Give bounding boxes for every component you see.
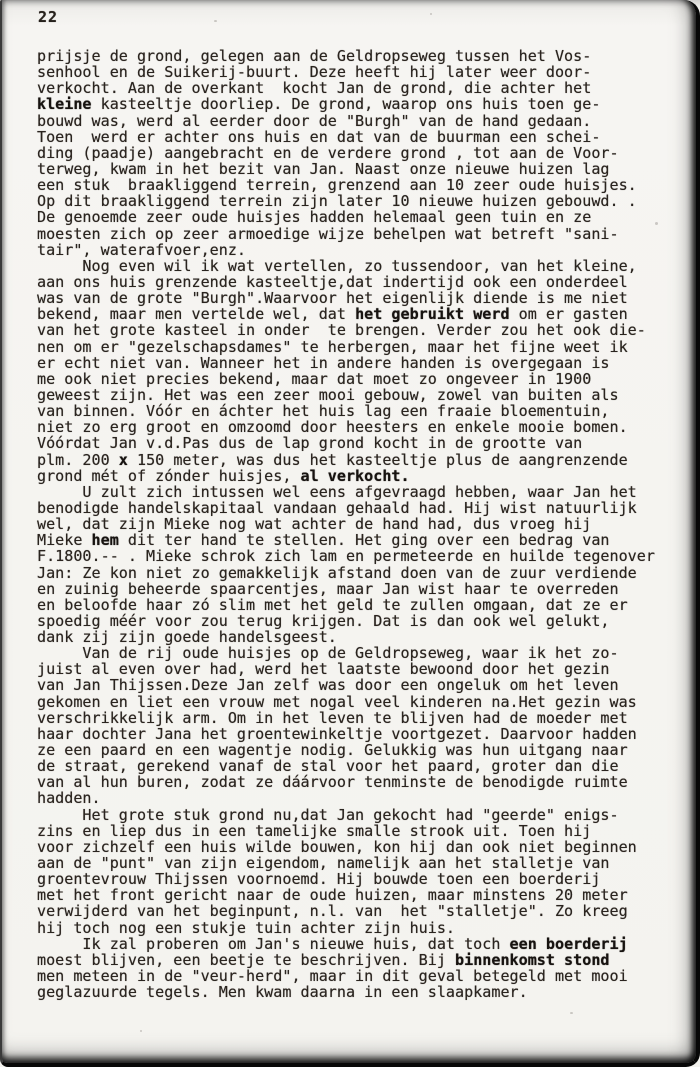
text-line: men meteen in de "veur-herd", maar in di… xyxy=(37,968,655,984)
text-line: De genoemde zeer oude huisjes hadden hel… xyxy=(37,209,655,225)
text-line: Toen werd er achter ons huis en dat van … xyxy=(37,129,655,145)
scan-speck xyxy=(214,20,217,22)
text-line: bouwd was, werd al eerder door de "Burgh… xyxy=(37,113,655,129)
text-line: senhool en de Suikerij-buurt. Deze heeft… xyxy=(37,64,655,80)
text-line: Nog even wil ik wat vertellen, zo tussen… xyxy=(37,258,655,274)
text-line: aan ons huis grenzende kasteeltje,dat in… xyxy=(37,274,655,290)
scan-speck xyxy=(140,1030,142,1032)
text-line: benodigde handelskapitaal vandaan gehaal… xyxy=(37,500,655,516)
text-line: haar dochter Jana het groentewinkeltje v… xyxy=(37,726,655,742)
text-line: Ik zal proberen om Jan's nieuwe huis, da… xyxy=(37,936,655,952)
text-line: verschrikkelijk arm. Om in het leven te … xyxy=(37,710,655,726)
text-line: juist al even over had, werd het laatste… xyxy=(37,661,655,677)
text-line: zins en liep dus in een tamelijke smalle… xyxy=(37,823,655,839)
text-line: prijsje de grond, gelegen aan de Geldrop… xyxy=(37,48,655,64)
text-line: ding (paadje) aangebracht en de verdere … xyxy=(37,145,655,161)
text-line: Het grote stuk grond nu,dat Jan gekocht … xyxy=(37,807,655,823)
text-line: spoedig méér voor zou terug krijgen. Dat… xyxy=(37,613,655,629)
bold-text-segment: al verkocht. xyxy=(301,467,410,485)
text-line: niet zo erg groot en omzoomd door heeste… xyxy=(37,419,655,435)
text-line: Mieke hem dit ter hand te stellen. Het g… xyxy=(37,532,655,548)
text-line: van al hun buren, zodat ze dáárvoor tenm… xyxy=(37,774,655,790)
text-line: gekomen en liet een vrouw met nogal veel… xyxy=(37,694,655,710)
text-line: geglazuurde tegels. Men kwam daarna in e… xyxy=(37,984,655,1000)
text-line: voor zichzelf een huis wilde bouwen, kon… xyxy=(37,839,655,855)
scan-speck xyxy=(570,1012,573,1014)
text-line: er echt niet van. Wanneer het in andere … xyxy=(37,355,655,371)
text-line: en zuinig beheerde spaarcentjes, maar Ja… xyxy=(37,581,655,597)
text-line: Op dit braakliggend terrein zijn later 1… xyxy=(37,193,655,209)
text-line: met het front gericht naar de oude huize… xyxy=(37,887,655,903)
text-line: een stuk braakliggend terrein, grenzend … xyxy=(37,177,655,193)
scan-speck xyxy=(430,13,432,15)
text-line: van Jan Thijssen.Deze Jan zelf was door … xyxy=(37,677,655,693)
page-number: 22 xyxy=(38,8,58,26)
text-line: dank zij zijn goede handelsgeest. xyxy=(37,629,655,645)
text-line: F.1800.-- . Mieke schrok zich lam en per… xyxy=(37,548,655,564)
text-line: nen om er "gezelschapsdames" te herberge… xyxy=(37,339,655,355)
text-line: terweg, kwam in het bezit van Jan. Naast… xyxy=(37,161,655,177)
text-line: moest blijven, een beetje te beschrijven… xyxy=(37,952,655,968)
text-line: bekend, maar men vertelde wel, dat het g… xyxy=(37,306,655,322)
text-line: groentevrouw Thijssen voornoemd. Hij bou… xyxy=(37,871,655,887)
text-line: de straat, gerekend vanaf de stal voor h… xyxy=(37,758,655,774)
text-line: moesten zich op zeer armoedige wijze beh… xyxy=(37,226,655,242)
scan-speck xyxy=(655,222,658,225)
text-line: wel, dat zijn Mieke nog wat achter de ha… xyxy=(37,516,655,532)
text-segment: grond mét of zónder huisjes, xyxy=(37,467,301,485)
bold-text-segment: kleine xyxy=(37,95,92,113)
text-line: hij toch nog een stukje tuin achter zijn… xyxy=(37,920,655,936)
text-line: hadden. xyxy=(37,790,655,806)
text-line: ze een paard en een wagentje nodig. Gelu… xyxy=(37,742,655,758)
text-line: aan de "punt" van zijn eigendom, namelij… xyxy=(37,855,655,871)
text-line: plm. 200 x 150 meter, was dus het kastee… xyxy=(37,452,655,468)
text-line: grond mét of zónder huisjes, al verkocht… xyxy=(37,468,655,484)
text-line: was van de grote "Burgh".Waarvoor het ei… xyxy=(37,290,655,306)
text-line: tair", waterafvoer,enz. xyxy=(37,242,655,258)
text-line: me ook niet precies bekend, maar dat moe… xyxy=(37,371,655,387)
text-line: verkocht. Aan de overkant kocht Jan de g… xyxy=(37,80,655,96)
text-line: van het grote kasteel in onder te brenge… xyxy=(37,322,655,338)
text-line: Van de rij oude huisjes op de Geldropsew… xyxy=(37,645,655,661)
scan-page: 22 prijsje de grond, gelegen aan de Geld… xyxy=(0,0,700,1067)
text-segment: kasteeltje doorliep. De grond, waarop on… xyxy=(92,95,601,113)
text-line: geweest zijn. Het was een zeer mooi gebo… xyxy=(37,387,655,403)
text-line: Jan: Ze kon niet zo gemakkelijk afstand … xyxy=(37,565,655,581)
text-line: kleine kasteeltje doorliep. De grond, wa… xyxy=(37,96,655,112)
text-line: en beloofde haar zó slim met het geld te… xyxy=(37,597,655,613)
text-line: van binnen. Vóór en áchter het huis lag … xyxy=(37,403,655,419)
text-line: verwijderd van het beginpunt, n.l. van h… xyxy=(37,903,655,919)
text-line: U zult zich intussen wel eens afgevraagd… xyxy=(37,484,655,500)
text-line: Vóórdat Jan v.d.Pas dus de lap grond koc… xyxy=(37,435,655,451)
text-block: prijsje de grond, gelegen aan de Geldrop… xyxy=(37,48,655,1000)
